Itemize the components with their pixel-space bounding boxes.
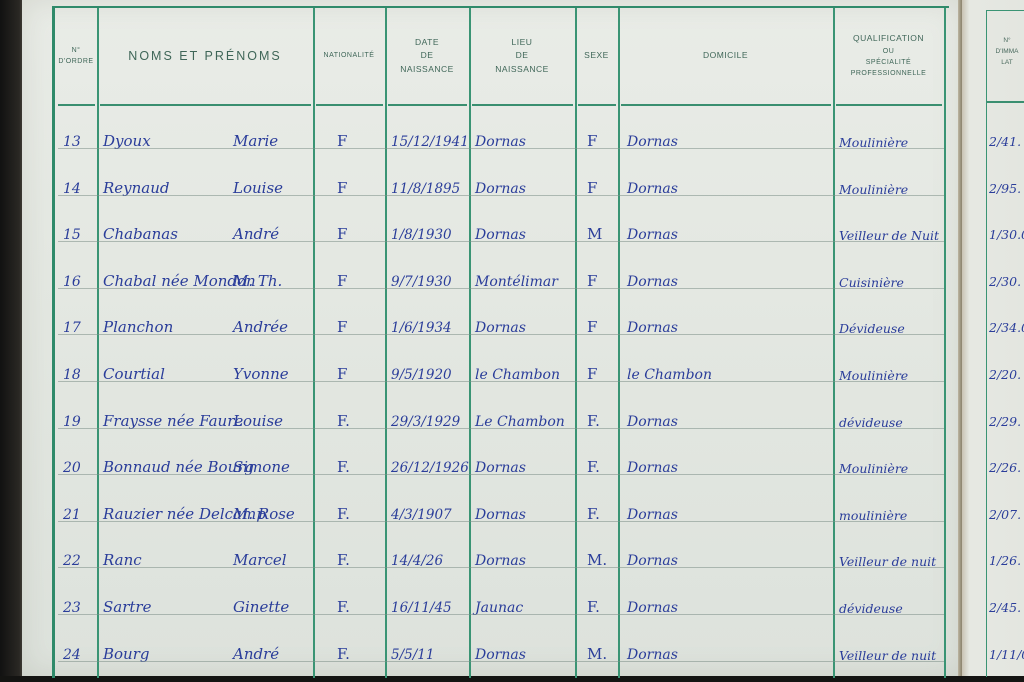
header-immatriculation: N° D'IMMA LAT — [987, 11, 1024, 101]
header-text: QUALIFICATION — [853, 33, 924, 43]
row-rule — [58, 148, 944, 149]
table-row: 15ChabanasAndréF1/8/1930DornasMDornasVei… — [55, 201, 949, 247]
header-separator — [836, 104, 942, 106]
table-row: 2/95. — [987, 154, 1024, 200]
cell-immatriculation: 2/34.0 — [989, 320, 1024, 335]
table-row: 2/41. — [987, 107, 1024, 153]
header-text: OU — [883, 48, 895, 55]
header-separator — [58, 104, 95, 106]
table-row: 2/45. — [987, 573, 1024, 619]
cell-immatriculation: 1/30.0 — [989, 227, 1024, 242]
cell-immatriculation: 2/07. — [989, 507, 1021, 522]
table-row: 2/29. — [987, 387, 1024, 433]
header-text: DOMICILE — [703, 49, 748, 63]
table-row: 2/34.0 — [987, 293, 1024, 339]
header-separator — [388, 104, 467, 106]
cell-immatriculation: 2/41. — [989, 134, 1021, 149]
row-rule — [58, 567, 944, 568]
table-row: 2/26. — [987, 433, 1024, 479]
row-rule — [58, 428, 944, 429]
table-row: 23SartreGinetteF.16/11/45JaunacF.Dornasd… — [55, 574, 949, 620]
header-text: LAT — [1001, 59, 1012, 66]
row-rule — [58, 381, 944, 382]
row-rule — [58, 288, 944, 289]
header-text: NAISSANCE — [495, 64, 549, 74]
header-separator — [987, 101, 1024, 103]
header-birthdate: DATEDENAISSANCE — [385, 8, 469, 104]
table-row: 13DyouxMarieF15/12/1941DornasFDornasMoul… — [55, 108, 949, 154]
header-separator — [100, 104, 311, 106]
header-separator — [621, 104, 831, 106]
header-text: NAISSANCE — [400, 64, 454, 74]
row-rule — [58, 334, 944, 335]
header-nationality: NATIONALITÉ — [313, 8, 385, 104]
cell-immatriculation: 2/95. — [989, 181, 1021, 196]
table-row: 16Chabal née MondonM. Th.F9/7/1930Montél… — [55, 248, 949, 294]
header-text: DE — [516, 50, 529, 60]
table-row: 2/20. — [987, 340, 1024, 386]
header-names: NOMS ET PRÉNOMS — [97, 8, 313, 104]
table-row: 14ReynaudLouiseF11/8/1895DornasFDornasMo… — [55, 155, 949, 201]
cell-immatriculation: 1/11/0 — [989, 647, 1024, 662]
table-row: 17PlanchonAndréeF1/6/1934DornasFDornasDé… — [55, 294, 949, 340]
table-row: 18CourtialYvonneF9/5/1920le ChambonFle C… — [55, 341, 949, 387]
cell-immatriculation: 2/45. — [989, 600, 1021, 615]
header-sex: SEXE — [575, 8, 618, 104]
header-text: SEXE — [584, 49, 609, 63]
table-row: 1/26. — [987, 526, 1024, 572]
cell-immatriculation: 2/29. — [989, 414, 1021, 429]
header-text: D'IMMA — [996, 48, 1019, 55]
table-row: 19Fraysse née FaureLouiseF.29/3/1929Le C… — [55, 388, 949, 434]
table-row: 20Bonnaud née BourgSimoneF.26/12/1926Dor… — [55, 434, 949, 480]
background-edge — [0, 0, 24, 682]
header-order-number: N°D'ORDRE — [55, 8, 97, 104]
cell-immatriculation: 2/26. — [989, 460, 1021, 475]
row-rule — [58, 614, 944, 615]
table-row: 1/30.0 — [987, 200, 1024, 246]
table-row: 1/11/0 — [987, 620, 1024, 666]
cell-immatriculation: 2/30. — [989, 274, 1021, 289]
header-separator — [578, 104, 616, 106]
cell-immatriculation: 2/20. — [989, 367, 1021, 382]
register-table: N°D'ORDRE NOMS ET PRÉNOMS NATIONALITÉ DA… — [52, 6, 949, 678]
cell-immatriculation: 1/26. — [989, 553, 1021, 568]
header-text: N° — [72, 47, 81, 54]
header-qualification: QUALIFICATIONOUSPÉCIALITÉ PROFESSIONNELL… — [833, 8, 944, 104]
header-text: N° — [1003, 37, 1010, 44]
right-page-table: N° D'IMMA LAT 2/41.2/95.1/30.02/30.2/34.… — [986, 10, 1024, 677]
header-text: D'ORDRE — [58, 58, 93, 65]
header-domicile: DOMICILE — [618, 8, 833, 104]
header-separator — [472, 104, 573, 106]
table-row: 2/30. — [987, 247, 1024, 293]
row-rule — [58, 474, 944, 475]
header-text: NATIONALITÉ — [324, 50, 375, 61]
row-rule — [58, 195, 944, 196]
header-text: LIEU — [512, 37, 533, 47]
header-text: DATE — [415, 37, 439, 47]
header-separator — [316, 104, 383, 106]
table-row: 24BourgAndréF.5/5/11DornasM.DornasVeille… — [55, 621, 949, 667]
table-row: 22RancMarcelF.14/4/26DornasM.DornasVeill… — [55, 527, 949, 573]
table-row: 2/07. — [987, 480, 1024, 526]
row-rule — [58, 661, 944, 662]
table-row: 21Rauzier née DelcampM. RoseF.4/3/1907Do… — [55, 481, 949, 527]
row-rule — [58, 521, 944, 522]
row-rule — [58, 241, 944, 242]
header-birthplace: LIEUDENAISSANCE — [469, 8, 575, 104]
header-text: DE — [421, 50, 434, 60]
header-text: NOMS ET PRÉNOMS — [128, 46, 281, 66]
header-text: SPÉCIALITÉ PROFESSIONNELLE — [851, 59, 927, 77]
